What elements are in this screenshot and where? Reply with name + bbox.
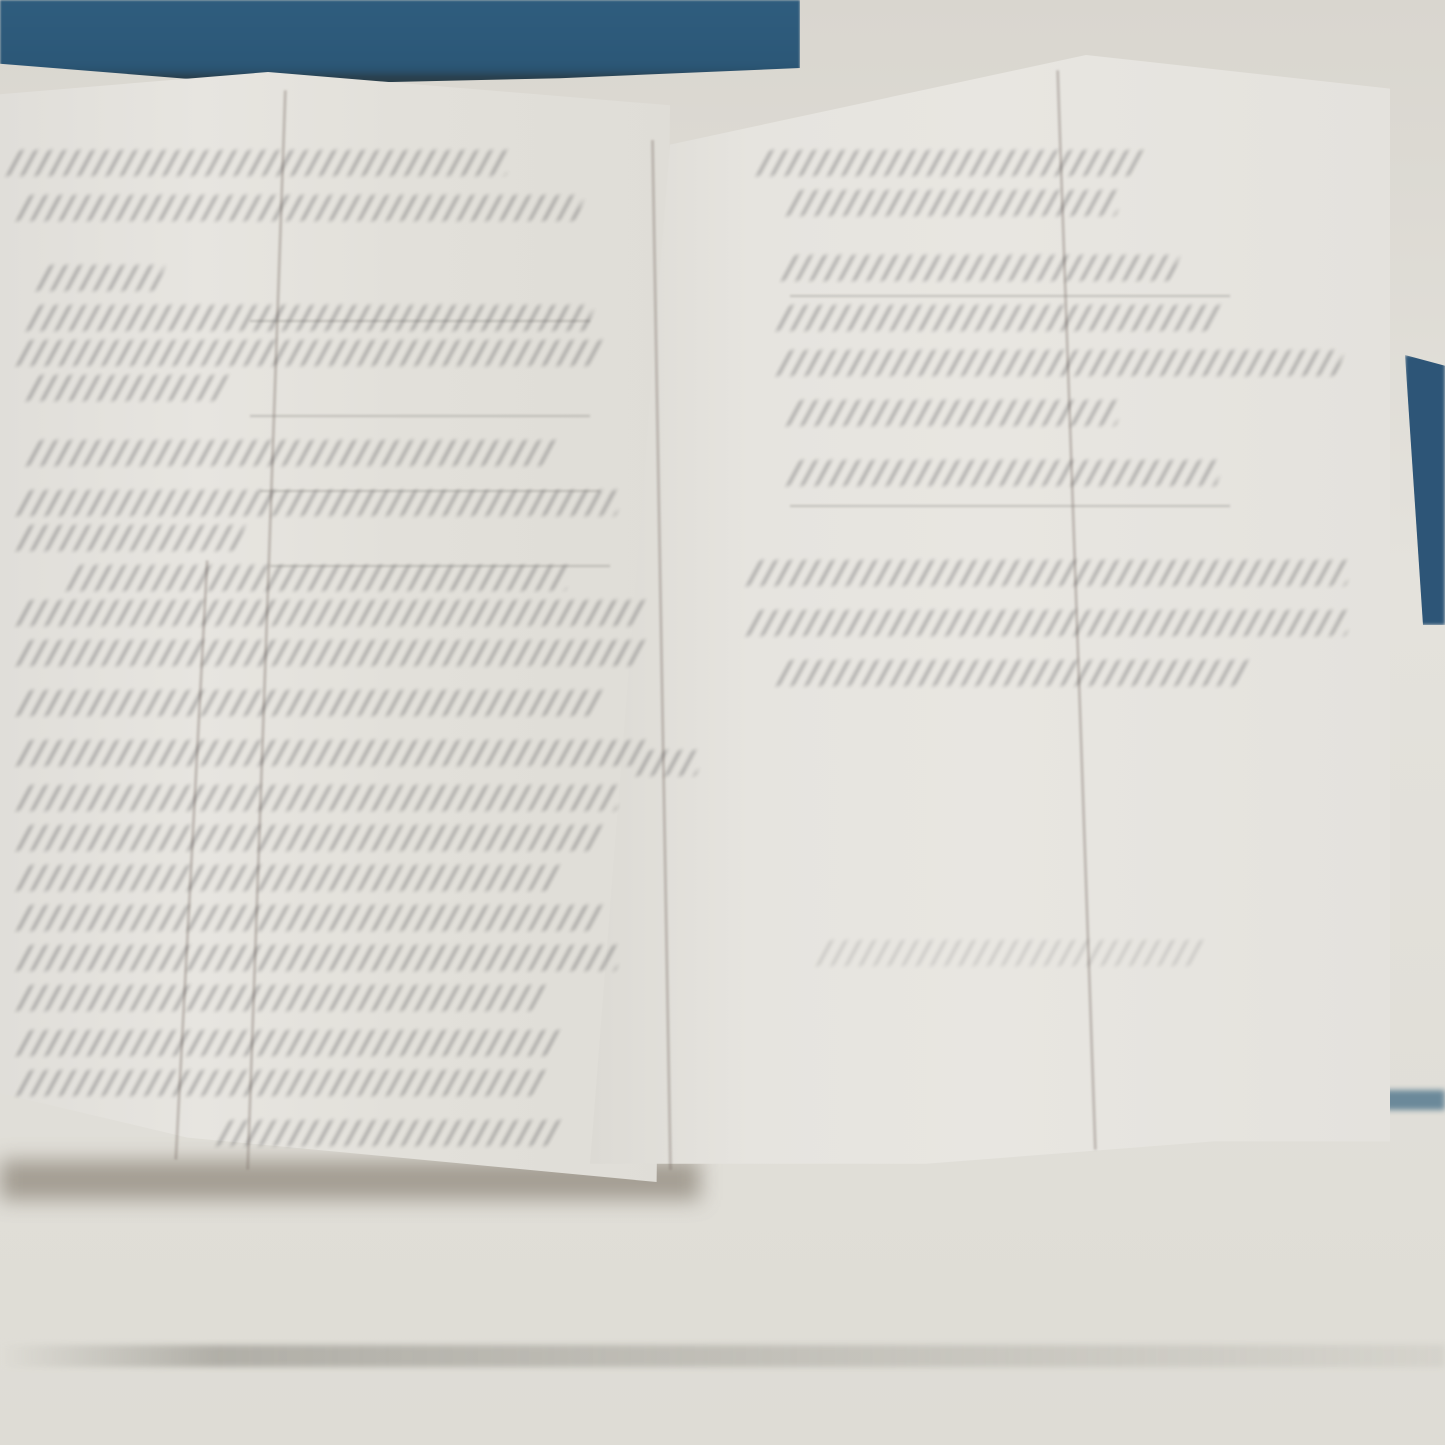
ruled-line [790, 295, 1230, 297]
blue-folder-top [0, 0, 800, 85]
blue-folder-edge-right [1405, 355, 1445, 625]
ruled-line [790, 505, 1230, 507]
ruled-line [250, 415, 590, 417]
manuscript-page-left [0, 72, 670, 1182]
table-edge-shadow [0, 1345, 1445, 1367]
